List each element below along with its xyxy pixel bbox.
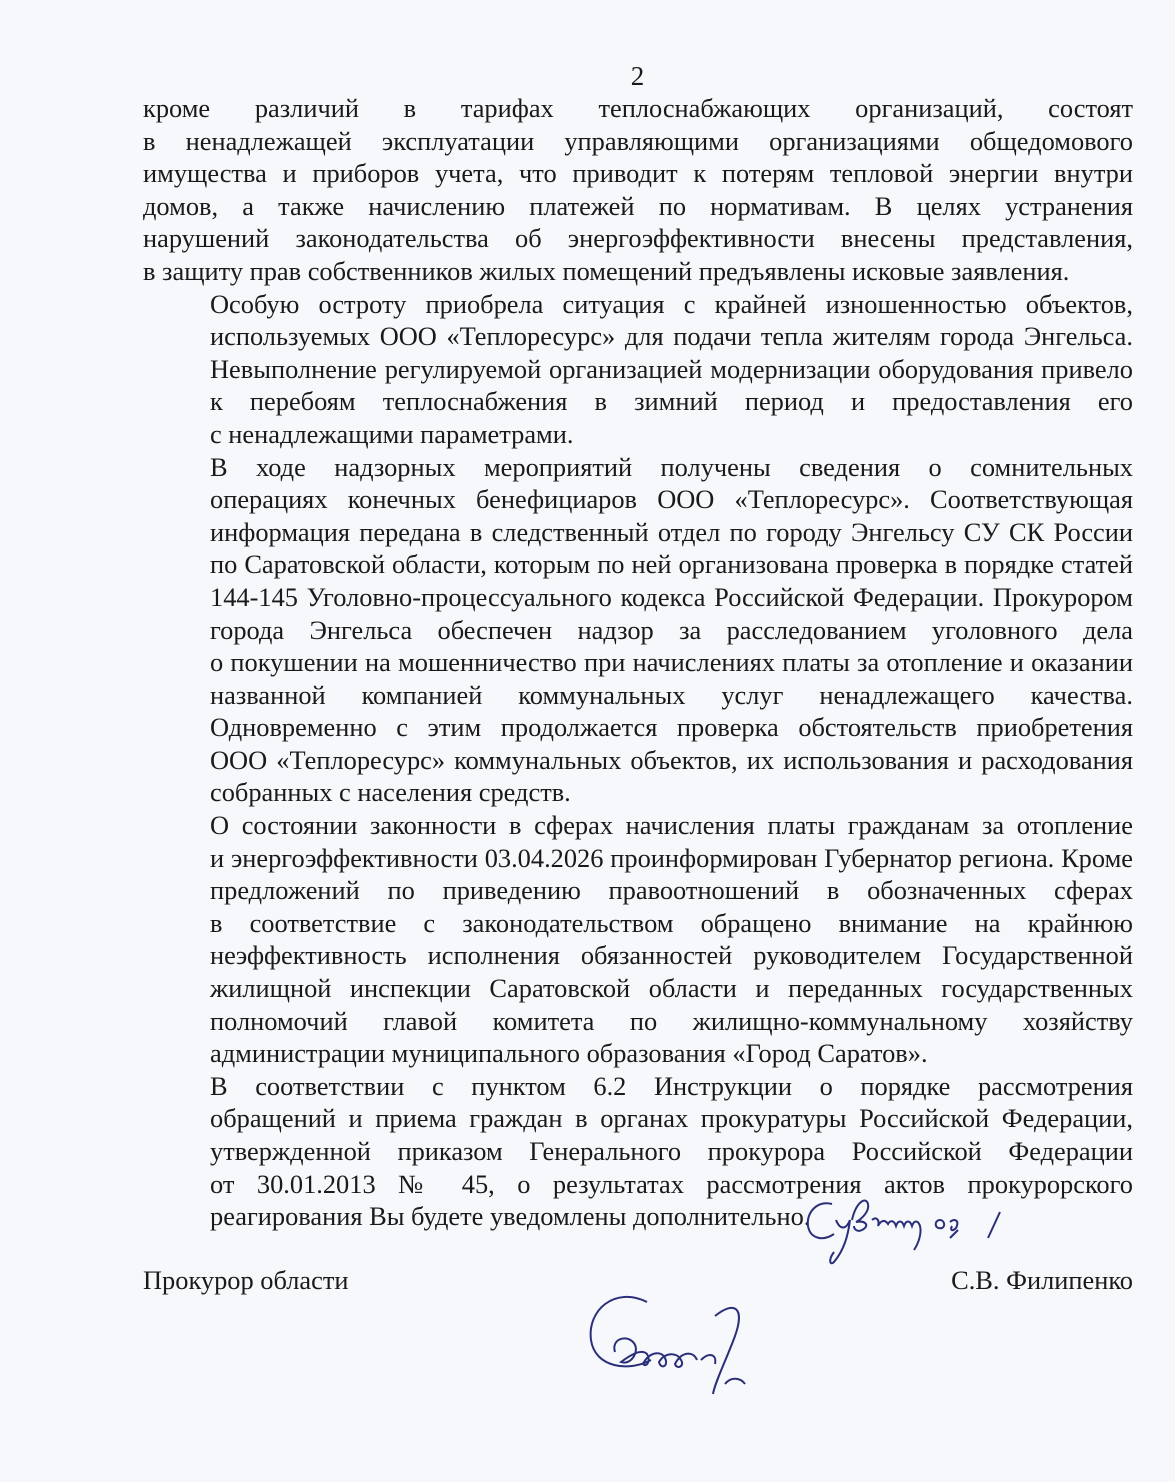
text-line: с ненадлежащими параметрами. xyxy=(143,418,1133,451)
text-line: кроме различий в тарифах теплоснабжающих… xyxy=(143,92,1133,125)
letter-body: кроме различий в тарифах теплоснабжающих… xyxy=(143,92,1133,1233)
text-line: о покушении на мошенничество при начисле… xyxy=(143,646,1133,679)
text-line: администрации муниципального образования… xyxy=(143,1037,1133,1070)
text-line: обращений и приема граждан в органах про… xyxy=(143,1102,1133,1135)
handwritten-signature xyxy=(585,1290,815,1400)
page-number: 2 xyxy=(0,60,1175,92)
text-line: домов, а также начислению платежей по но… xyxy=(143,190,1133,223)
text-line: Одновременно с этим продолжается проверк… xyxy=(143,711,1133,744)
text-line: в соответствие с законодательством обращ… xyxy=(143,907,1133,940)
text-line: 144-145 Уголовно-процессуального кодекса… xyxy=(143,581,1133,614)
text-line: собранных с населения средств. xyxy=(143,776,1133,809)
text-line: утвержденной приказом Генерального проку… xyxy=(143,1135,1133,1168)
text-line: в защиту прав собственников жилых помеще… xyxy=(143,255,1133,288)
text-line: Особую остроту приобрела ситуация с край… xyxy=(143,288,1133,321)
text-line: используемых ООО «Теплоресурс» для подач… xyxy=(143,320,1133,353)
text-line: в ненадлежащей эксплуатации управляющими… xyxy=(143,125,1133,158)
text-line: жилищной инспекции Саратовской области и… xyxy=(143,972,1133,1005)
text-line: ООО «Теплоресурс» коммунальных объектов,… xyxy=(143,744,1133,777)
text-line: названной компанией коммунальных услуг н… xyxy=(143,679,1133,712)
text-line: операциях конечных бенефициаров ООО «Теп… xyxy=(143,483,1133,516)
text-line: имущества и приборов учета, что приводит… xyxy=(143,157,1133,190)
paragraph: Особую остроту приобрела ситуация с край… xyxy=(143,288,1133,451)
text-line: В соответствии с пунктом 6.2 Инструкции … xyxy=(143,1070,1133,1103)
text-line: неэффективность исполнения обязанностей … xyxy=(143,939,1133,972)
paragraph: О состоянии законности в сферах начислен… xyxy=(143,809,1133,1070)
text-line: к перебоям теплоснабжения в зимний перио… xyxy=(143,385,1133,418)
text-line: информация передана в следственный отдел… xyxy=(143,516,1133,549)
text-line: и энергоэффективности 03.04.2026 проинфо… xyxy=(143,842,1133,875)
paragraph: кроме различий в тарифах теплоснабжающих… xyxy=(143,92,1133,288)
text-line: предложений по приведению правоотношений… xyxy=(143,874,1133,907)
text-line: по Саратовской области, которым по ней о… xyxy=(143,548,1133,581)
text-line: полномочий главой комитета по жилищно-ко… xyxy=(143,1005,1133,1038)
text-line: В ходе надзорных мероприятий получены св… xyxy=(143,451,1133,484)
text-line: нарушений законодательства об энергоэффе… xyxy=(143,222,1133,255)
text-line: О состоянии законности в сферах начислен… xyxy=(143,809,1133,842)
text-line: города Энгельса обеспечен надзор за расс… xyxy=(143,614,1133,647)
paragraph: В ходе надзорных мероприятий получены св… xyxy=(143,451,1133,810)
text-line: Невыполнение регулируемой организацией м… xyxy=(143,353,1133,386)
signer-position: Прокурор области xyxy=(143,1264,349,1296)
handwritten-closing-note: С уважением, xyxy=(800,1190,1040,1270)
signer-name: С.В. Филипенко xyxy=(951,1264,1133,1296)
